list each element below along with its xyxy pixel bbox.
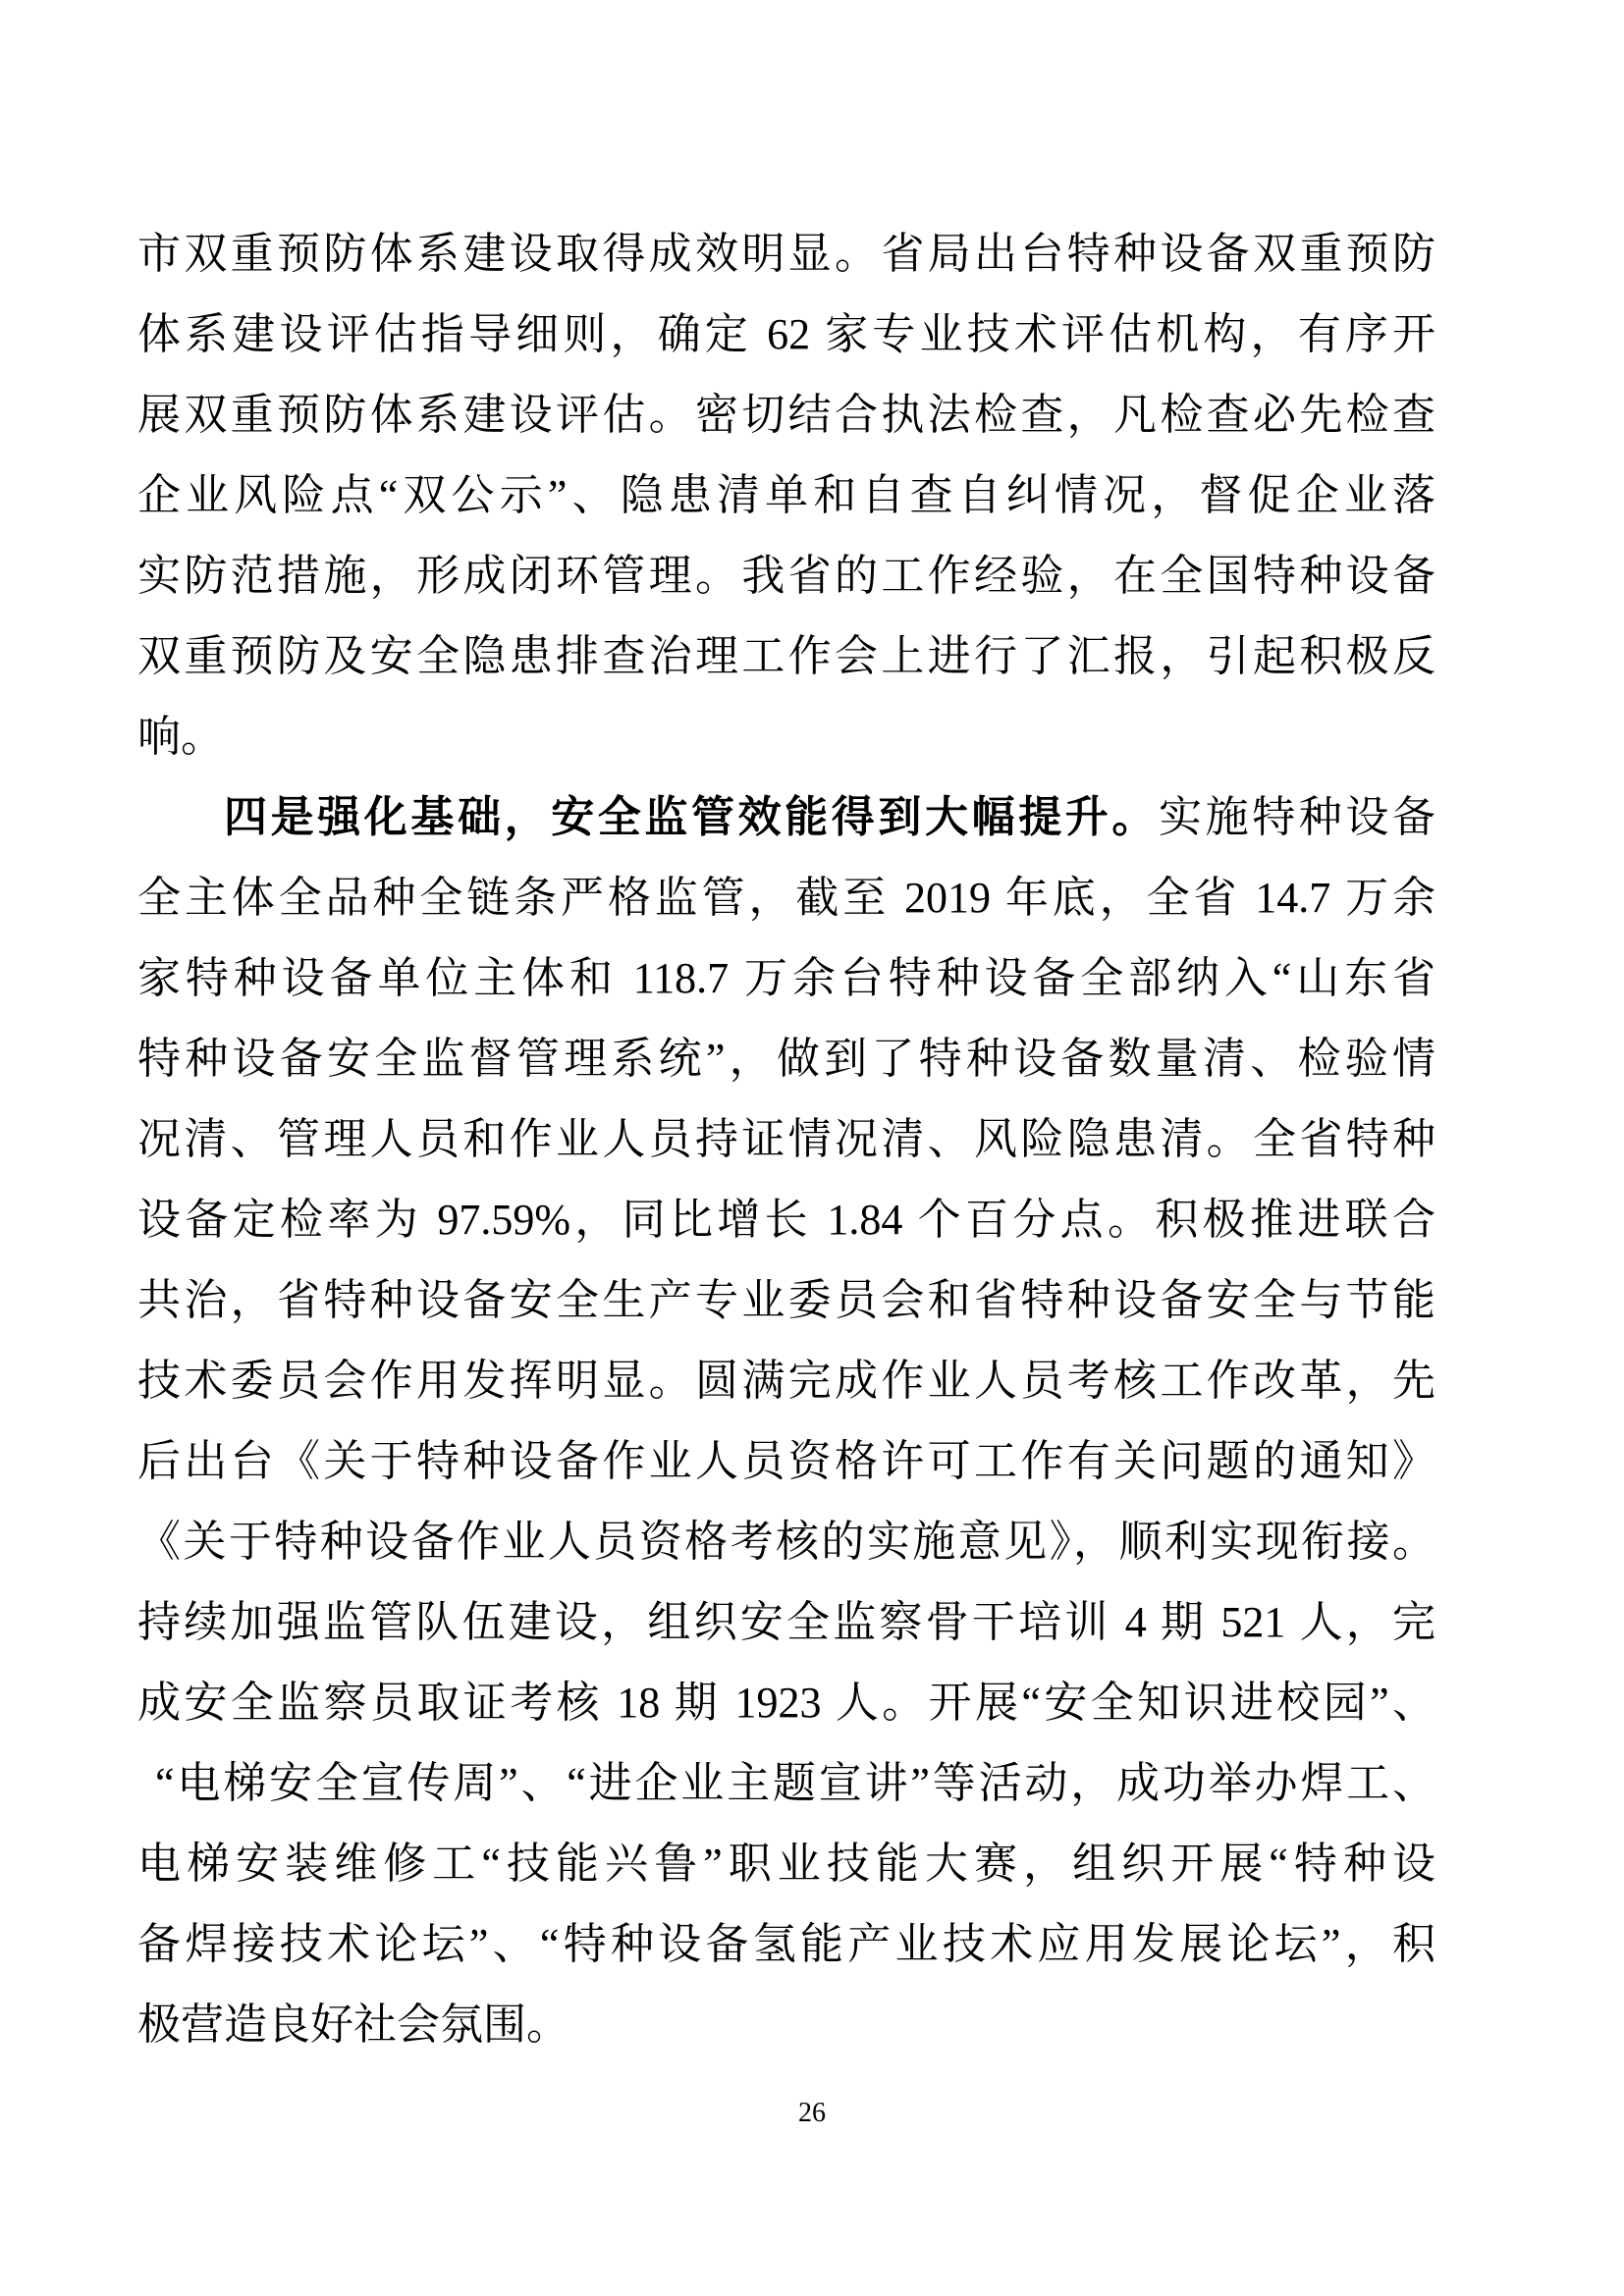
text-line: 后出台《关于特种设备作业人员资格许可工作有关问题的通知》: [137, 1421, 1435, 1502]
text-line: 响。: [137, 697, 1435, 777]
text-line: 极营造良好社会氛围。: [137, 1985, 1435, 2065]
text-line: 四是强化基础，安全监管效能得到大幅提升。实施特种设备: [137, 777, 1435, 858]
section-heading: 四是强化基础，安全监管效能得到大幅提升。: [224, 793, 1159, 841]
text-line: 市双重预防体系建设取得成效明显。省局出台特种设备双重预防: [137, 214, 1435, 294]
text-line: 双重预防及安全隐患排查治理工作会上进行了汇报，引起积极反: [137, 616, 1435, 697]
text-line: 共治，省特种设备安全生产专业委员会和省特种设备安全与节能: [137, 1260, 1435, 1341]
text-line: 设备定检率为 97.59%，同比增长 1.84 个百分点。积极推进联合: [137, 1180, 1435, 1260]
text-line: 况清、管理人员和作业人员持证情况清、风险隐患清。全省特种: [137, 1099, 1435, 1180]
text-line: 备焊接技术论坛”、“特种设备氢能产业技术应用发展论坛”，积: [137, 1904, 1435, 1985]
text-line: 成安全监察员取证考核 18 期 1923 人。开展“安全知识进校园”、: [137, 1663, 1435, 1743]
text-line: 电梯安装维修工“技能兴鲁”职业技能大赛，组织开展“特种设: [137, 1824, 1435, 1904]
text-line: 《关于特种设备作业人员资格考核的实施意见》，顺利实现衔接。: [137, 1502, 1435, 1582]
text-line: 技术委员会作用发挥明显。圆满完成作业人员考核工作改革，先: [137, 1341, 1435, 1421]
text-line: 家特种设备单位主体和 118.7 万余台特种设备全部纳入“山东省: [137, 938, 1435, 1019]
text-line: “电梯安全宣传周”、“进企业主题宣讲”等活动，成功举办焊工、: [137, 1743, 1435, 1824]
text-line: 全主体全品种全链条严格监管，截至 2019 年底，全省 14.7 万余: [137, 858, 1435, 938]
text-line: 体系建设评估指导细则，确定 62 家专业技术评估机构，有序开: [137, 294, 1435, 375]
text-run: 实施特种设备: [1159, 793, 1435, 841]
text-line: 持续加强监管队伍建设，组织安全监察骨干培训 4 期 521 人，完: [137, 1582, 1435, 1663]
text-line: 实防范措施，形成闭环管理。我省的工作经验，在全国特种设备: [137, 536, 1435, 616]
text-line: 特种设备安全监督管理系统”，做到了特种设备数量清、检验情: [137, 1019, 1435, 1099]
text-line: 展双重预防体系建设评估。密切结合执法检查，凡检查必先检查: [137, 375, 1435, 455]
page-number: 26: [0, 2097, 1624, 2130]
document-body: 市双重预防体系建设取得成效明显。省局出台特种设备双重预防 体系建设评估指导细则，…: [137, 214, 1435, 2065]
document-page: 市双重预防体系建设取得成效明显。省局出台特种设备双重预防 体系建设评估指导细则，…: [0, 0, 1624, 2296]
text-line: 企业风险点“双公示”、隐患清单和自查自纠情况，督促企业落: [137, 455, 1435, 536]
